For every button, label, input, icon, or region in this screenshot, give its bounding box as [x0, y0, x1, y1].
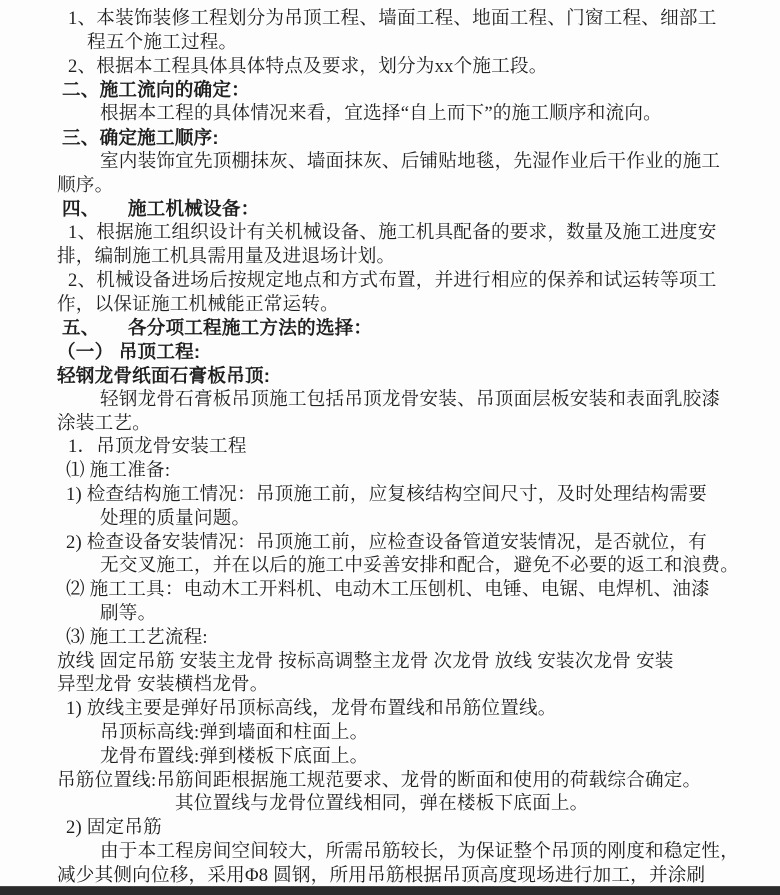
text-line: 龙骨布置线:弹到楼板下底面上。 — [57, 745, 725, 769]
text-line: 其位置线与龙骨位置线相同，弹在楼板下底面上。 — [57, 792, 725, 816]
text-line: 1、本装饰装修工程划分为吊顶工程、墙面工程、地面工程、门窗工程、细部工 — [57, 7, 725, 31]
text-line: 五、 各分项工程施工方法的选择： — [57, 316, 725, 340]
text-line: 四、 施工机械设备： — [57, 197, 725, 221]
text-line: 三、确定施工顺序: — [57, 126, 725, 150]
text-line: 作，以保证施工机械能正常运转。 — [57, 293, 725, 317]
text-line: 由于本工程房间空间较大，所需吊筋较长，为保证整个吊顶的刚度和稳定性， — [57, 840, 725, 864]
document-page-background: 1、本装饰装修工程划分为吊顶工程、墙面工程、地面工程、门窗工程、细部工程五个施工… — [0, 0, 780, 895]
text-line: 2、根据本工程具体具体特点及要求，划分为xx个施工段。 — [57, 55, 725, 79]
text-line: （一） 吊顶工程: — [57, 340, 725, 364]
text-line: 室内装饰宜先顶棚抹灰、墙面抹灰、后铺贴地毯，先湿作业后干作业的施工 — [57, 150, 725, 174]
text-line: 程五个施工过程。 — [57, 31, 725, 55]
text-line: 2) 固定吊筋 — [57, 816, 725, 840]
text-line: 放线 固定吊筋 安装主龙骨 按标高调整主龙骨 次龙骨 放线 安装次龙骨 安装 — [57, 650, 725, 674]
text-line: 排，编制施工机具需用量及进退场计划。 — [57, 245, 725, 269]
text-line: 2、机械设备进场后按规定地点和方式布置，并进行相应的保养和试运转等项工 — [57, 269, 725, 293]
text-line: 处理的质量问题。 — [57, 507, 725, 531]
text-line: 二、施工流向的确定： — [57, 78, 725, 102]
text-line: 顺序。 — [57, 174, 725, 198]
text-line: 1) 检查结构施工情况：吊顶施工前，应复核结构空间尺寸，及时处理结构需要 — [57, 483, 725, 507]
text-line: 2) 检查设备安装情况：吊顶施工前，应检查设备管道安装情况，是否就位，有 — [57, 531, 725, 555]
text-line: 轻钢龙骨石膏板吊顶施工包括吊顶龙骨安装、吊顶面层板安装和表面乳胶漆 — [57, 388, 725, 412]
text-line: 无交叉施工，并在以后的施工中妥善安排和配合，避免不必要的返工和浪费。 — [57, 554, 725, 578]
text-line: 异型龙骨 安装横档龙骨。 — [57, 673, 725, 697]
text-line: ⑵ 施工工具：电动木工开料机、电动木工压刨机、电锤、电锯、电焊机、油漆 — [57, 578, 725, 602]
text-line: 轻钢龙骨纸面石膏板吊顶: — [57, 364, 725, 388]
text-line: 刷等。 — [57, 602, 725, 626]
text-line: ⑶ 施工工艺流程: — [57, 626, 725, 650]
screenshot-bottom-edge-bar — [0, 886, 780, 895]
text-line: 涂装工艺。 — [57, 412, 725, 436]
text-line: ⑴ 施工准备: — [57, 459, 725, 483]
document-body: 1、本装饰装修工程划分为吊顶工程、墙面工程、地面工程、门窗工程、细部工程五个施工… — [57, 7, 725, 887]
text-line: 减少其侧向位移，采用Φ8 圆钢，所用吊筋根据吊顶高度现场进行加工，并涂刷 — [57, 864, 725, 888]
text-line: 1、根据施工组织设计有关机械设备、施工机具配备的要求，数量及施工进度安 — [57, 221, 725, 245]
text-line: 吊顶标高线:弹到墙面和柱面上。 — [57, 721, 725, 745]
text-line: 根据本工程的具体情况来看，宜选择“自上而下”的施工顺序和流向。 — [57, 102, 725, 126]
text-line: 1．吊顶龙骨安装工程 — [57, 435, 725, 459]
text-line: 吊筋位置线:吊筋间距根据施工规范要求、龙骨的断面和使用的荷载综合确定。 — [57, 769, 725, 793]
text-line: 1) 放线主要是弹好吊顶标高线，龙骨布置线和吊筋位置线。 — [57, 697, 725, 721]
